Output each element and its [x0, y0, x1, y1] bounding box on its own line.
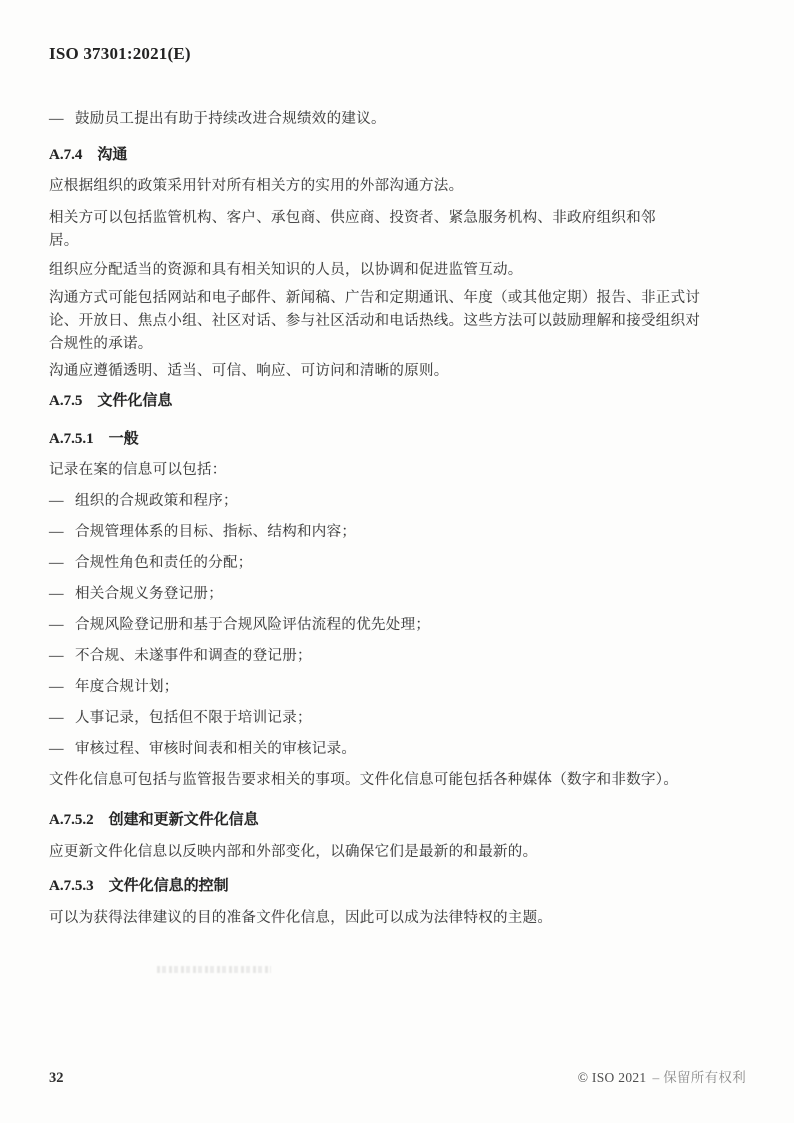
list-item-text: 合规管理体系的目标、指标、结构和内容； — [75, 521, 746, 544]
list-item-text: 审核过程、审核时间表和相关的审核记录。 — [75, 738, 746, 761]
paragraph: 沟通方式可能包括网站和电子邮件、新闻稿、广告和定期通讯、年度（或其他定期）报告、… — [49, 287, 746, 356]
list-item: — 组织的合规政策和程序； — [49, 490, 746, 513]
list-item-text: 不合规、未遂事件和调查的登记册； — [75, 645, 746, 668]
section-heading-a7-5-3: A.7.5.3文件化信息的控制 — [49, 876, 746, 896]
section-heading-a7-5-2: A.7.5.2创建和更新文件化信息 — [49, 810, 746, 830]
section-title: 沟通 — [97, 147, 127, 163]
dash-marker: — — [49, 583, 75, 606]
section-title: 创建和更新文件化信息 — [109, 812, 259, 828]
dash-marker: — — [49, 676, 75, 699]
list-item-text: 鼓励员工提出有助于持续改进合规绩效的建议。 — [75, 108, 746, 131]
list-item-text: 组织的合规政策和程序； — [75, 490, 746, 513]
paragraph: 相关方可以包括监管机构、客户、承包商、供应商、投资者、紧急服务机构、非政府组织和… — [49, 207, 746, 253]
dash-marker: — — [49, 738, 75, 761]
section-number: A.7.5.1 — [49, 431, 94, 447]
paragraph: 可以为获得法律建议的目的准备文件化信息，因此可以成为法律特权的主题。 — [49, 907, 746, 930]
page-content: — 鼓励员工提出有助于持续改进合规绩效的建议。 A.7.4沟通 应根据组织的政策… — [49, 64, 746, 930]
dash-marker: — — [49, 521, 75, 544]
section-heading-a7-5: A.7.5文件化信息 — [49, 391, 746, 411]
list-item: — 合规风险登记册和基于合规风险评估流程的优先处理； — [49, 614, 746, 637]
list-item-text: 相关合规义务登记册； — [75, 583, 746, 606]
dash-marker: — — [49, 614, 75, 637]
section-number: A.7.4 — [49, 147, 82, 163]
document-id-header: ISO 37301:2021(E) — [49, 44, 191, 64]
copyright-text: © ISO 2021 — [578, 1070, 647, 1085]
list-item-text: 合规风险登记册和基于合规风险评估流程的优先处理； — [75, 614, 746, 637]
list-item-text: 合规性角色和责任的分配； — [75, 552, 746, 575]
list-item: — 相关合规义务登记册； — [49, 583, 746, 606]
paragraph: 沟通应遵循透明、适当、可信、响应、可访问和清晰的原则。 — [49, 360, 746, 383]
list-item: — 人事记录，包括但不限于培训记录； — [49, 707, 746, 730]
section-number: A.7.5.3 — [49, 878, 94, 894]
section-heading-a7-5-1: A.7.5.1一般 — [49, 429, 746, 449]
dash-marker: — — [49, 707, 75, 730]
section-number: A.7.5.2 — [49, 812, 94, 828]
page-footer: 32 © ISO 2021– 保留所有权利 — [49, 1066, 746, 1087]
paragraph: 文件化信息可包括与监管报告要求相关的事项。文件化信息可能包括各种媒体（数字和非数… — [49, 769, 746, 792]
dash-marker: — — [49, 490, 75, 513]
section-title: 一般 — [109, 431, 139, 447]
section-number: A.7.5 — [49, 393, 82, 409]
section-title: 文件化信息 — [97, 393, 172, 409]
section-heading-a7-4: A.7.4沟通 — [49, 145, 746, 165]
paragraph: 应更新文件化信息以反映内部和外部变化，以确保它们是最新的和最新的。 — [49, 841, 746, 864]
list-item-text: 年度合规计划； — [75, 676, 746, 699]
paragraph: 应根据组织的政策采用针对所有相关方的实用的外部沟通方法。 — [49, 175, 746, 198]
list-item: — 审核过程、审核时间表和相关的审核记录。 — [49, 738, 746, 761]
section-title: 文件化信息的控制 — [109, 878, 229, 894]
page-number: 32 — [49, 1070, 64, 1087]
list-item: — 鼓励员工提出有助于持续改进合规绩效的建议。 — [49, 108, 746, 131]
dash-marker: — — [49, 108, 75, 131]
copyright-notice: © ISO 2021– 保留所有权利 — [578, 1066, 746, 1086]
list-item: — 合规管理体系的目标、指标、结构和内容； — [49, 521, 746, 544]
dash-marker: — — [49, 645, 75, 668]
list-item: — 合规性角色和责任的分配； — [49, 552, 746, 575]
rights-reserved-text: – 保留所有权利 — [652, 1070, 746, 1085]
list-item: — 年度合规计划； — [49, 676, 746, 699]
list-item: — 不合规、未遂事件和调查的登记册； — [49, 645, 746, 668]
list-item-text: 人事记录，包括但不限于培训记录； — [75, 707, 746, 730]
paragraph: 组织应分配适当的资源和具有相关知识的人员，以协调和促进监管互动。 — [49, 259, 746, 282]
list-lead-in: 记录在案的信息可以包括： — [49, 459, 746, 482]
dash-marker: — — [49, 552, 75, 575]
scanned-document-page: ISO 37301:2021(E) — 鼓励员工提出有助于持续改进合规绩效的建议… — [0, 0, 794, 1123]
faint-scan-artifact — [157, 966, 271, 973]
